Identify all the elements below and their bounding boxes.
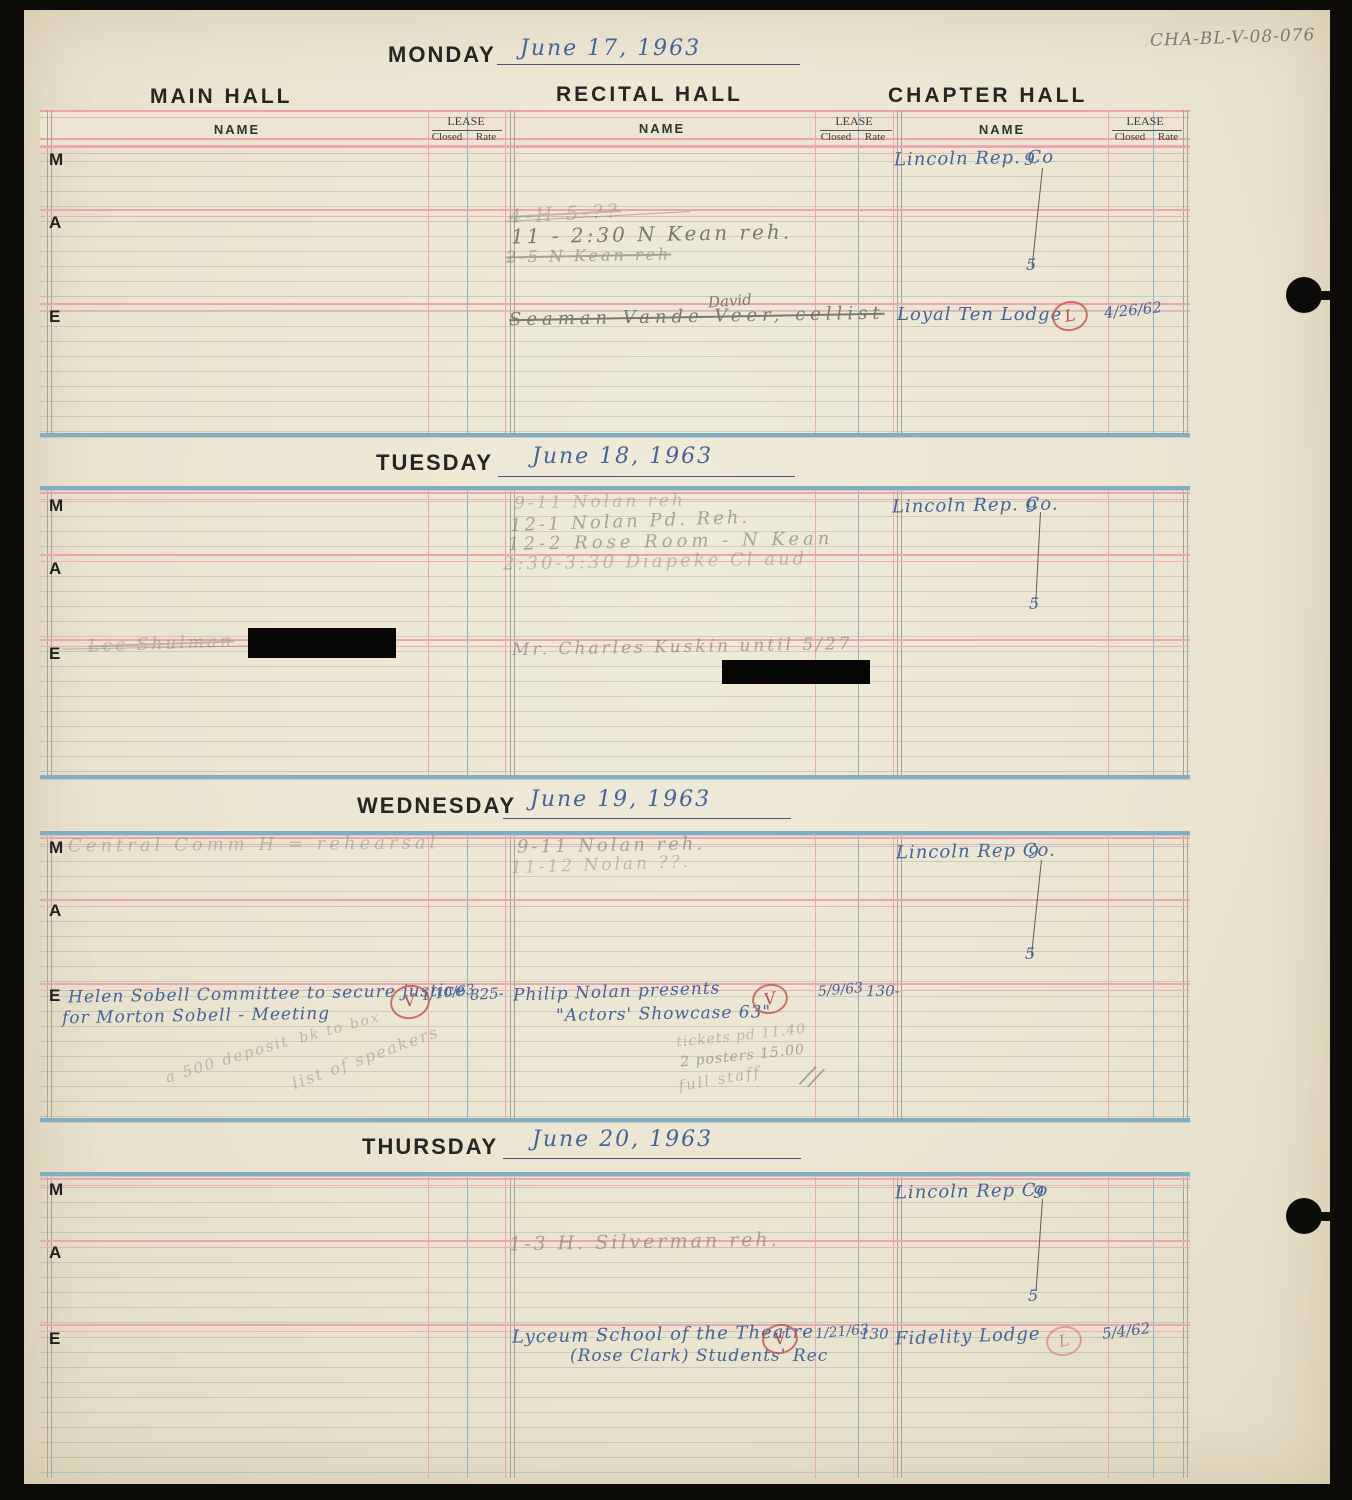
entry-thursday-chapter-name: Lincoln Rep Co [895,1180,1049,1204]
header-name-main: NAME [214,122,260,137]
hole-punch-notch [1316,1212,1352,1221]
vertical-rule [1108,486,1109,779]
vertical-rule [1108,110,1109,146]
vertical-rule [47,831,52,1122]
vertical-rule [815,146,816,437]
date-wednesday: June 19, 1963 [530,787,711,812]
vertical-rule [47,486,52,779]
entry-wednesday-recital-evening-line2: "Actors' Showcase 63" [556,1002,772,1026]
header-rate-chapter: Rate [1158,131,1178,143]
vertical-rule [505,146,506,437]
band-rule-pink [40,899,1190,907]
vertical-rule [510,146,515,437]
vertical-rule [428,486,429,779]
date-monday: June 17, 1963 [520,36,701,61]
row-label-a: A [49,1243,61,1263]
header-rate-recital: Rate [865,131,885,143]
date-thursday: June 20, 1963 [532,1127,713,1152]
row-label-a: A [49,559,61,579]
vertical-rule [1183,831,1188,1122]
header-name-recital: NAME [639,121,685,136]
vertical-rule [1183,486,1188,779]
vertical-rule [428,146,429,437]
entry-tuesday-chapter-end: 5 [1029,594,1039,613]
vertical-rule [1108,146,1109,437]
row-label-m: M [49,1180,63,1200]
header-closed-recital: Closed [821,131,852,143]
row-label-e: E [49,307,60,327]
date-underline-thursday [503,1158,801,1159]
day-label-monday: MONDAY [388,42,496,68]
vertical-rule [858,486,859,779]
vertical-rule [467,146,468,437]
vertical-rule [467,486,468,779]
row-label-e: E [49,1329,60,1349]
header-closed-chapter: Closed [1115,131,1146,143]
vertical-rule [815,110,816,146]
vertical-rule [505,110,506,146]
section-rule-blue [40,486,1190,490]
header-lease-main: LEASE [447,114,484,129]
vertical-rule [1153,146,1154,437]
vertical-rule [897,486,902,779]
row-label-e: E [49,644,60,664]
scanned-ledger-page: CHA-BL-V-08-076 MONDAY June 17, 1963 MAI… [0,0,1352,1500]
vertical-rule [1153,486,1154,779]
date-underline-wednesday [503,818,791,819]
vertical-rule [1183,110,1188,146]
day-label-wednesday: WEDNESDAY [357,793,516,819]
section-rule-blue [40,1172,1190,1176]
entry-monday-chapter-start: 9 [1024,150,1035,170]
header-closed-main: Closed [432,131,463,143]
day-label-thursday: THURSDAY [362,1134,498,1160]
vertical-rule [1153,831,1154,1122]
entry-thursday-recital-rate: 130 [860,1325,889,1343]
vertical-rule [897,831,902,1122]
redaction-box [722,660,870,684]
ledger-table-monday: M A E [40,146,1190,437]
vertical-rule [505,831,506,1122]
vertical-rule [1108,831,1109,1122]
hall-title-recital: RECITAL HALL [556,83,743,107]
row-label-m: M [49,496,63,516]
entry-wednesday-main-rate: 825- [470,984,505,1004]
row-label-m: M [49,150,63,170]
entry-tuesday-chapter-start: 9 [1026,497,1037,517]
header-rate-main: Rate [476,131,496,143]
vertical-rule [897,110,902,146]
row-label-e: E [49,986,60,1006]
column-header-band: NAME NAME NAME LEASE Closed Rate LEASE C… [40,110,1190,146]
band-rule-pink [40,138,1190,146]
vertical-rule [510,110,515,146]
vertical-rule [893,110,894,146]
header-name-chapter: NAME [979,122,1025,137]
entry-monday-chapter-end: 5 [1026,255,1036,274]
section-rule-blue [40,1118,1190,1122]
vertical-rule [858,146,859,437]
vertical-rule [505,486,506,779]
entry-thursday-recital-afternoon: 1-3 H. Silverman reh. [509,1229,780,1256]
vertical-rule [428,831,429,1122]
entry-wednesday-recital-rate: 130- [866,982,900,1000]
vertical-rule [893,486,894,779]
vertical-rule [893,831,894,1122]
entry-monday-chapter-evening: Loyal Ten Lodge [897,304,1062,325]
redaction-box [248,628,396,658]
header-lease-recital: LEASE [835,114,872,129]
row-label-a: A [49,901,61,921]
entry-thursday-chapter-end: 5 [1028,1286,1038,1305]
row-label-a: A [49,213,61,233]
date-tuesday: June 18, 1963 [532,444,713,469]
section-rule-blue [40,433,1190,437]
hall-title-main: MAIN HALL [150,85,292,109]
entry-wednesday-main-morning: Central Comm H = rehearsal [68,832,439,856]
vertical-rule [858,831,859,1122]
vertical-rule [893,146,894,437]
entry-wednesday-chapter-start: 9 [1028,843,1039,863]
vertical-rule [897,146,902,437]
vertical-rule [1183,146,1188,437]
section-rule-blue [40,775,1190,779]
header-lease-chapter: LEASE [1126,114,1163,129]
vertical-rule [47,146,52,437]
date-underline-monday [497,64,800,65]
day-label-tuesday: TUESDAY [376,450,493,476]
row-label-m: M [49,838,63,858]
entry-monday-recital-cancelled: 2-5 N Kean reh [506,245,672,267]
date-underline-tuesday [498,476,795,477]
vertical-rule [467,831,468,1122]
hall-title-chapter: CHAPTER HALL [888,84,1087,108]
vertical-rule [428,110,429,146]
hole-punch-notch [1316,291,1352,300]
vertical-rule [47,110,52,146]
ledger-table-wednesday: M A E [40,831,1190,1122]
entry-wednesday-chapter-end: 5 [1025,944,1035,963]
band-rule-pink [40,110,1190,118]
